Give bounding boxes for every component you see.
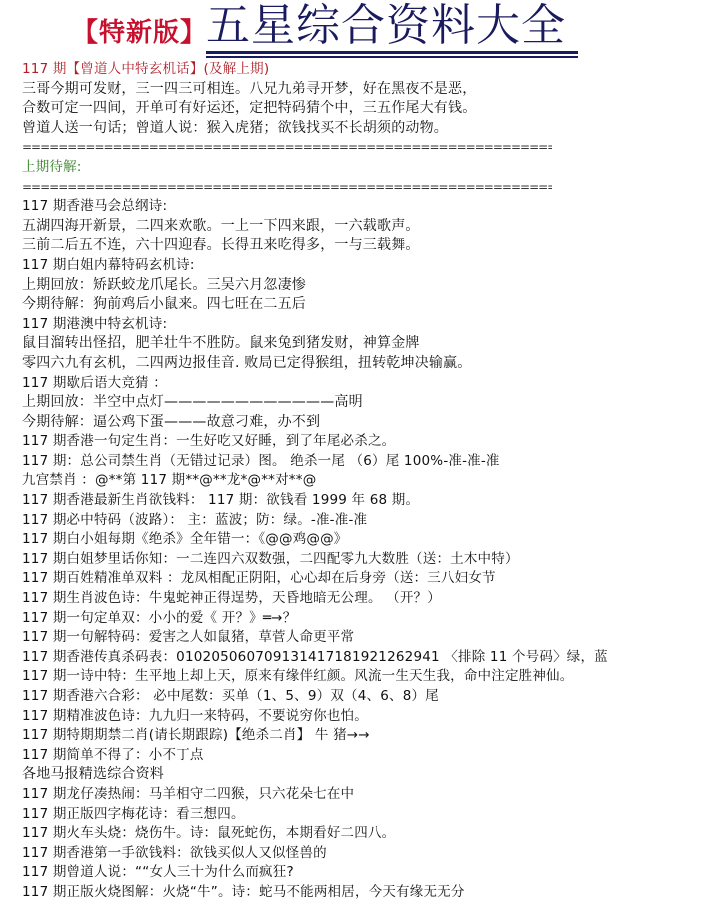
item-line: 117 期香港一句定生肖：一生好吃又好睡，到了年尾必杀之。 <box>22 432 702 452</box>
item-line: 117 期正版四字梅花诗：看三想四。 <box>22 805 702 825</box>
item-line: 117 期火车头烧：烧伤牛。诗：鼠死蛇伤，本期看好二四八。 <box>22 824 702 844</box>
item-line: 117 期香港最新生肖欲钱料： 117 期：欲钱看 1999 年 68 期。 <box>22 491 702 511</box>
item-line: 117 期生肖波色诗：牛鬼蛇神正得逞势，天昏地暗无公理。 （开？） <box>22 589 702 609</box>
intro-line: 合数可定一四间，开单可有好运还，定把特码猜个中，三五作尾大有钱。 <box>22 99 702 119</box>
item-line: 117 期百姓精准单双料 ：龙凤相配正阴阳，心心却在后身旁（送：三八妇女节 <box>22 569 702 589</box>
item-line: 117 期香港传真杀码表：010205060709131417181921262… <box>22 648 702 668</box>
item-heading: 117 期香港马会总纲诗: <box>22 197 702 217</box>
item-line: 五湖四海开新景，二四来欢歌。一上一下四来跟，一六载歌声。 <box>22 217 702 237</box>
item-line: 117 期香港六合彩： 必中尾数：买单（1、5、9）双（4、6、8）尾 <box>22 687 702 707</box>
item-line: 117 期必中特码（波路）： 主：蓝波；防：绿。-准-准-准 <box>22 511 702 531</box>
page-title: 五星综合资料大全 <box>206 2 566 50</box>
item-line: 今期待解：狗前鸡后小鼠来。四七旺在二五后 <box>22 295 702 315</box>
separator: ========================================… <box>22 138 552 158</box>
title-underline <box>206 51 578 54</box>
item-line: 117 期：总公司禁生肖（无错过记录）图。 绝杀一尾 （6）尾 100%-准-准… <box>22 452 702 472</box>
item-line: 117 期曾道人说：““女人三十为什么而疯狂? <box>22 863 702 883</box>
separator: ========================================… <box>22 178 552 198</box>
intro-line: 三哥今期可发财，三一四三可相连。八兄九弟寻开梦，好在黑夜不是恶， <box>22 80 702 100</box>
item-line: 117 期白姐梦里话你知：一二连四六双数强，二四配零九大数胜（送：土木中特） <box>22 550 702 570</box>
item-line: 117 期简单不得了：小不丁点 <box>22 746 702 766</box>
item-line: 117 期白小姐每期《绝杀》全年错一：《@@鸡@@》 <box>22 530 702 550</box>
item-line: 117 期正版火烧图解：火烧“牛”。诗：蛇马不能两相居，今天有缘无无分 <box>22 883 702 903</box>
section-label: 上期待解: <box>22 158 702 178</box>
intro-line: 曾道人送一句话；曾道人说：猴入虎猪；欲钱找买不长胡须的动物。 <box>22 119 702 139</box>
item-line: 今期待解：逼公鸡下蛋———故意刁难，办不到 <box>22 413 702 433</box>
item-line: 九宫禁肖 ：@**第 117 期**@**龙*@**对**@ <box>22 471 702 491</box>
item-line: 零四六九有玄机，二四两边报佳音. 败局已定得猴组，扭转乾坤决输赢。 <box>22 354 702 374</box>
page-header: 【特新版】 五星综合资料大全 <box>0 0 702 58</box>
item-line: 117 期精准波色诗：九九归一来特码，不要说穷你也怕。 <box>22 707 702 727</box>
intro-heading: 117 期【曾道人中特玄机话】(及解上期) <box>22 60 702 80</box>
item-line: 三前二后五不连，六十四迎春。长得丑来吃得多，一与三载舞。 <box>22 236 702 256</box>
title-underline-thin <box>206 56 578 58</box>
item-heading: 117 期港澳中特玄机诗: <box>22 315 702 335</box>
item-heading: 117 期白姐内幕特码玄机诗: <box>22 256 702 276</box>
content: 117 期【曾道人中特玄机话】(及解上期) 三哥今期可发财，三一四三可相连。八兄… <box>22 60 702 903</box>
item-line: 上期回放：矫跃蛟龙爪尾长。三吴六月忽凄惨 <box>22 276 702 296</box>
item-line: 117 期特期期禁二肖(请长期跟踪)【绝杀二肖】 牛 猪→→ <box>22 726 702 746</box>
item-line: 117 期一诗中特：生平地上却上天，原来有缘伴红颜。风流一生天生我，命中注定胜神… <box>22 667 702 687</box>
item-heading: 117 期歇后语大竞猜 ： <box>22 374 702 394</box>
item-line: 117 期一句解特码：爱害之人如鼠猪，草菅人命更平常 <box>22 628 702 648</box>
item-line: 117 期一句定单双：小小的爱《 开？》═→？ <box>22 609 702 629</box>
item-line: 117 期龙仔凑热闹：马羊相守二四猴，只六花朵七在中 <box>22 785 702 805</box>
item-line: 上期回放：半空中点灯————————————高明 <box>22 393 702 413</box>
section-subheading: 各地马报精选综合资料 <box>22 765 702 785</box>
item-line: 117 期香港第一手欲钱料：欲钱买似人又似怪兽的 <box>22 844 702 864</box>
item-line: 鼠目溜转出怪招，肥羊壮牛不胜防。鼠来兔到猪发财，神算金牌 <box>22 334 702 354</box>
edition-tag: 【特新版】 <box>72 12 207 49</box>
